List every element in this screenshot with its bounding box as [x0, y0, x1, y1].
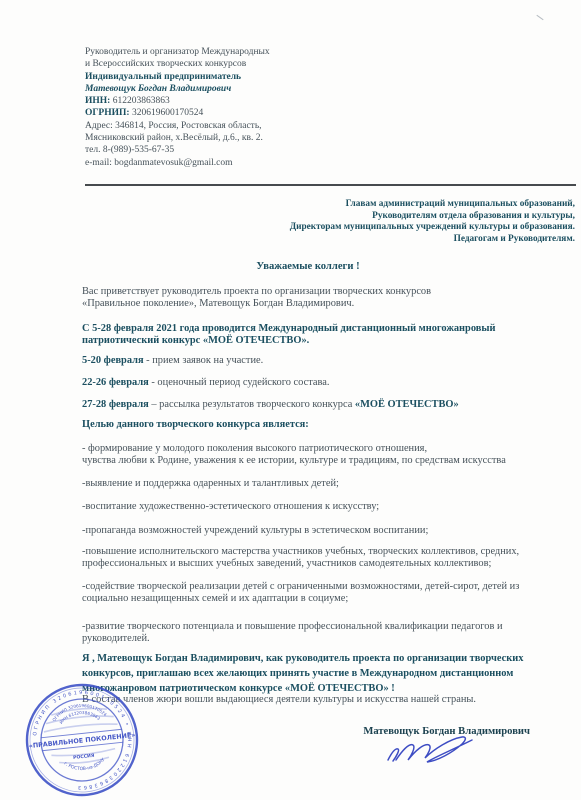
handwritten-signature — [382, 733, 482, 767]
sender-email: e-mail: bogdanmatevosuk@gmail.com — [85, 157, 270, 169]
closing-line: Я , Матевощук Богдан Владимирович, как р… — [82, 651, 534, 666]
recipient-line: Руководителям отдела образования и культ… — [155, 211, 575, 223]
schedule-date: 22-26 февраля — [82, 377, 149, 388]
goal-line: социально незащищенных семей и их адапта… — [82, 593, 534, 605]
stamp-country-text: РОССИЯ — [73, 753, 95, 761]
schedule-line-2: 22-26 февраля - оценочный период судейск… — [82, 377, 534, 389]
schedule-text: - оценочный период судейского состава. — [149, 377, 330, 388]
intro-line: «Правильное поколение», Матевощук Богдан… — [82, 298, 534, 310]
schedule-text: - прием заявок на участие. — [144, 355, 264, 366]
goal-item: -развитие творческого потенциала и повыш… — [82, 621, 534, 646]
sender-address-line: Адрес: 346814, Россия, Ростовская област… — [85, 120, 270, 132]
goal-line: -развитие творческого потенциала и повыш… — [82, 621, 534, 633]
scan-artifact — [536, 15, 543, 20]
announcement-line: патриотический конкурс «МОЁ ОТЕЧЕСТВО». — [82, 335, 534, 347]
goal-item: -повышение исполнительского мастерства у… — [82, 546, 534, 571]
goal-line: - формирование у молодого поколения высо… — [82, 443, 534, 455]
goal-line: -выявление и поддержка одаренных и талан… — [82, 478, 534, 490]
announcement-line: С 5-28 февраля 2021 года проводится Межд… — [82, 323, 534, 335]
sender-ogrnip-line: ОГРНИП: 320619600170524 — [85, 107, 270, 119]
schedule-text: – рассылка результатов творческого конку… — [149, 399, 355, 410]
goal-line: руководителей. — [82, 633, 534, 645]
schedule-date: 5-20 февраля — [82, 355, 144, 366]
recipients-block: Главам администраций муниципальных образ… — [155, 199, 575, 246]
goal-item: -выявление и поддержка одаренных и талан… — [82, 478, 534, 490]
intro-line: Вас приветствует руководитель проекта по… — [82, 286, 534, 298]
recipient-line: Директорам муниципальных учреждений куль… — [155, 222, 575, 234]
ogrnip-value: 320619600170524 — [130, 108, 204, 118]
jury-line: В состав членов жюри вошли выдающиеся де… — [82, 694, 534, 706]
signature-stroke — [396, 737, 472, 762]
goal-line: профессиональных и высших учебных заведе… — [82, 558, 534, 570]
inn-label: ИНН: — [85, 96, 110, 106]
goal-line: -воспитание художественно-эстетического … — [82, 501, 534, 513]
sender-inn-line: ИНН: 612203863863 — [85, 95, 270, 107]
round-stamp: • ОГРНИП 320619600170524 • ИНН 612203863… — [24, 682, 140, 798]
sender-role-line: Руководитель и организатор Международных — [85, 46, 270, 58]
sender-entity: Индивидуальный предприниматель — [85, 71, 270, 83]
sender-person-name: Матевощук Богдан Владимирович — [85, 83, 270, 95]
goal-item: - формирование у молодого поколения высо… — [82, 443, 534, 468]
schedule-line-1: 5-20 февраля - прием заявок на участие. — [82, 355, 534, 367]
closing-paragraph: Я , Матевощук Богдан Владимирович, как р… — [82, 651, 534, 697]
goals-heading: Целью данного творческого конкурса являе… — [82, 419, 534, 431]
sender-address-line: Мясниковский район, х.Весёлый, д.6., кв.… — [85, 132, 270, 144]
schedule-line-3: 27-28 февраля – рассылка результатов тво… — [82, 399, 534, 411]
goal-line: чувства любви к Родине, уважения к ее ис… — [82, 455, 534, 467]
goal-line: -содействие творческой реализации детей … — [82, 581, 534, 593]
goal-item: -пропаганда возможностей учреждений куль… — [82, 525, 534, 537]
recipient-line: Главам администраций муниципальных образ… — [155, 199, 575, 211]
sender-phone: тел. 8-(989)-535-67-35 — [85, 144, 270, 156]
divider-line — [85, 184, 576, 186]
goal-line: -пропаганда возможностей учреждений куль… — [82, 525, 534, 537]
inn-value: 612203863863 — [110, 96, 169, 106]
intro-paragraph: Вас приветствует руководитель проекта по… — [82, 286, 534, 311]
sender-letterhead: Руководитель и организатор Международных… — [85, 46, 270, 169]
scanned-letter-page: Руководитель и организатор Международных… — [0, 0, 581, 800]
schedule-date: 27-28 февраля — [82, 399, 149, 410]
goal-item: -воспитание художественно-эстетического … — [82, 501, 534, 513]
schedule-suffix: «МОЁ ОТЕЧЕСТВО» — [355, 399, 459, 410]
sender-role-line: и Всероссийских творческих конкурсов — [85, 58, 270, 70]
goal-item: -содействие творческой реализации детей … — [82, 581, 534, 606]
closing-line: конкурсов, приглашаю всех желающих приня… — [82, 666, 534, 681]
goal-line: -повышение исполнительского мастерства у… — [82, 546, 534, 558]
greeting-heading: Уважаемые коллеги ! — [82, 261, 534, 272]
ogrnip-label: ОГРНИП: — [85, 108, 130, 118]
recipient-line: Педагогам и Руководителям. — [155, 234, 575, 246]
announcement-paragraph: С 5-28 февраля 2021 года проводится Межд… — [82, 323, 534, 348]
